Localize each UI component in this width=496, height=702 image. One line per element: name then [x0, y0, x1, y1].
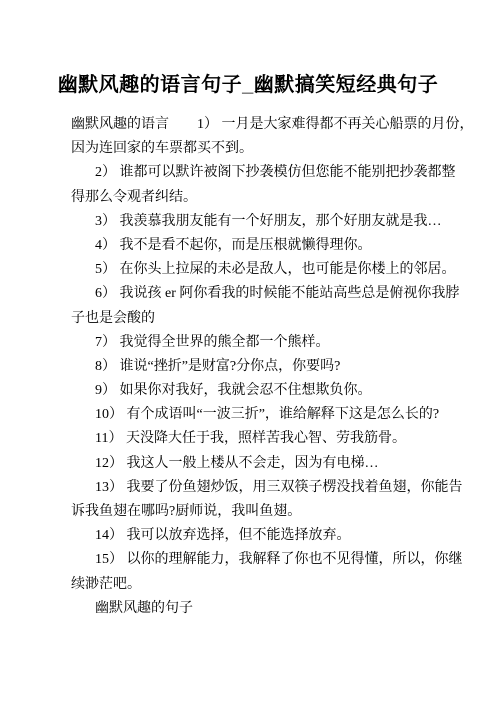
text-line: 6） 我说孩 er 阿你看我的时候能不能站高些总是俯视你我脖 — [71, 282, 496, 306]
paragraph: 15） 以你的理解能力，我解释了你也不见得懂，所以，你继续渺茫吧。 — [71, 548, 496, 596]
text-line: 幽默风趣的语言 1） 一月是大家难得都不再关心船票的月份， — [71, 113, 496, 137]
text-line: 14） 我可以放弃选择，但不能选择放弃。 — [71, 524, 496, 548]
document-title: 幽默风趣的语言句子_幽默搞笑短经典句子 — [0, 71, 496, 100]
paragraph: 10） 有个成语叫“一波三折”，谁给解释下这是怎么长的? — [71, 403, 496, 427]
paragraph: 3） 我羡慕我朋友能有一个好朋友，那个好朋友就是我… — [71, 210, 496, 234]
text-line: 11） 天没降大任于我，照样苦我心智、劳我筋骨。 — [71, 427, 496, 451]
text-line: 续渺茫吧。 — [71, 573, 496, 597]
paragraph: 幽默风趣的语言 1） 一月是大家难得都不再关心船票的月份，因为连回家的车票都买不… — [71, 113, 496, 161]
paragraph: 11） 天没降大任于我，照样苦我心智、劳我筋骨。 — [71, 427, 496, 451]
text-line: 幽默风趣的句子 — [71, 597, 496, 621]
paragraph: 13） 我要了份鱼翅炒饭，用三双筷子楞没找着鱼翅，你能告诉我鱼翅在哪吗?厨师说，… — [71, 476, 496, 524]
text-line: 因为连回家的车票都买不到。 — [71, 137, 496, 161]
paragraph: 12） 我这人一般上楼从不会走，因为有电梯… — [71, 452, 496, 476]
text-line: 4） 我不是看不起你，而是压根就懒得理你。 — [71, 234, 496, 258]
document-body: 幽默风趣的语言 1） 一月是大家难得都不再关心船票的月份，因为连回家的车票都买不… — [71, 113, 496, 621]
text-line: 13） 我要了份鱼翅炒饭，用三双筷子楞没找着鱼翅，你能告 — [71, 476, 496, 500]
text-line: 诉我鱼翅在哪吗?厨师说，我叫鱼翅。 — [71, 500, 496, 524]
paragraph: 7） 我觉得全世界的熊全都一个熊样。 — [71, 331, 496, 355]
paragraph: 6） 我说孩 er 阿你看我的时候能不能站高些总是俯视你我脖子也是会酸的 — [71, 282, 496, 330]
paragraph: 幽默风趣的句子 — [71, 597, 496, 621]
text-line: 得那么令观者纠结。 — [71, 186, 496, 210]
text-line: 子也是会酸的 — [71, 307, 496, 331]
paragraph: 5） 在你头上拉屎的未必是敌人，也可能是你楼上的邻居。 — [71, 258, 496, 282]
document-page: 幽默风趣的语言句子_幽默搞笑短经典句子 幽默风趣的语言 1） 一月是大家难得都不… — [0, 0, 496, 702]
text-line: 9） 如果你对我好，我就会忍不住想欺负你。 — [71, 379, 496, 403]
text-line: 12） 我这人一般上楼从不会走，因为有电梯… — [71, 452, 496, 476]
paragraph: 4） 我不是看不起你，而是压根就懒得理你。 — [71, 234, 496, 258]
paragraph: 2） 谁都可以默许被阁下抄袭模仿但您能不能别把抄袭都整得那么令观者纠结。 — [71, 161, 496, 209]
text-line: 7） 我觉得全世界的熊全都一个熊样。 — [71, 331, 496, 355]
paragraph: 8） 谁说“挫折”是财富?分你点，你要吗? — [71, 355, 496, 379]
text-line: 8） 谁说“挫折”是财富?分你点，你要吗? — [71, 355, 496, 379]
text-line: 2） 谁都可以默许被阁下抄袭模仿但您能不能别把抄袭都整 — [71, 161, 496, 185]
paragraph: 14） 我可以放弃选择，但不能选择放弃。 — [71, 524, 496, 548]
text-line: 3） 我羡慕我朋友能有一个好朋友，那个好朋友就是我… — [71, 210, 496, 234]
text-line: 15） 以你的理解能力，我解释了你也不见得懂，所以，你继 — [71, 548, 496, 572]
paragraph: 9） 如果你对我好，我就会忍不住想欺负你。 — [71, 379, 496, 403]
text-line: 5） 在你头上拉屎的未必是敌人，也可能是你楼上的邻居。 — [71, 258, 496, 282]
text-line: 10） 有个成语叫“一波三折”，谁给解释下这是怎么长的? — [71, 403, 496, 427]
